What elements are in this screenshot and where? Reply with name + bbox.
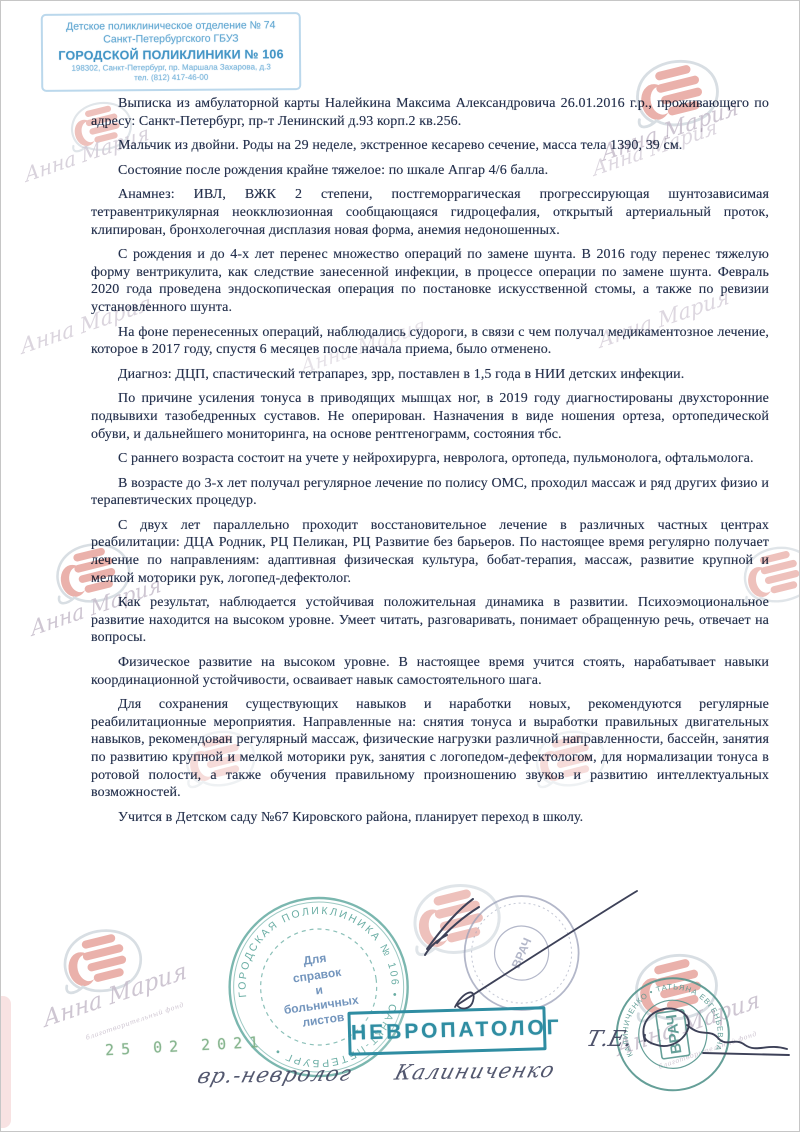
paragraph: По причине усиления тонуса в приводящих … <box>91 390 769 443</box>
clinic-stamp-department: Детское поликлиническое отделение № 74 <box>51 19 291 34</box>
paragraph: Физическое развитие на высоком уровне. В… <box>91 654 769 689</box>
round-stamp-center-line: и <box>314 983 323 998</box>
clinic-stamp-org-type: Санкт-Петербургского ГБУЗ <box>51 32 291 47</box>
handwritten-note: вр.-невролог Калиниченко <box>195 1058 558 1088</box>
paragraph: Мальчик из двойни. Роды на 29 неделе, эк… <box>91 137 769 155</box>
round-stamp-center-line: Для <box>302 951 327 968</box>
scan-smudge <box>1 996 11 1128</box>
paragraph: Выписка из амбулаторной карты Налейкина … <box>91 95 769 130</box>
paragraph: С двух лет параллельно проходит восстано… <box>91 517 769 587</box>
paragraph: В возрасте до 3-х лет получал регулярное… <box>91 475 769 510</box>
scanned-document-page: Анна Мария Анна Мария Анна Мария Анна Ма… <box>0 0 800 1132</box>
paragraph: Диагноз: ДЦП, спастический тетрапарез, з… <box>91 366 769 384</box>
paragraph: Учится в Детском саду №67 Кировского рай… <box>91 809 769 827</box>
charity-fund-logo-icon <box>56 923 146 1004</box>
signature <box>441 881 651 1016</box>
clinic-stamp-phone: тел. (812) 417-46-00 <box>51 72 291 84</box>
paragraph: На фоне перенесенных операций, наблюдали… <box>91 324 769 359</box>
paragraph: С рождения и до 4-х лет перенес множеств… <box>91 246 769 316</box>
watermark-script: Анна Мария <box>42 960 188 1032</box>
signature <box>611 997 796 1077</box>
paragraph: Состояние после рождения крайне тяжелое:… <box>91 162 769 180</box>
paragraph: Для сохранения существующих навыков и на… <box>91 696 769 802</box>
watermark-subtext: благотворительный фонд <box>85 999 190 1042</box>
clinic-header-stamp: Детское поликлиническое отделение № 74 С… <box>41 12 302 92</box>
paragraph: Анамнез: ИВЛ, ВЖК 2 степени, постгеморра… <box>91 186 769 239</box>
paragraph: Как результат, наблюдается устойчивая по… <box>91 594 769 647</box>
document-body: Выписка из амбулаторной карты Налейкина … <box>91 95 769 833</box>
clinic-stamp-name: ГОРОДСКОЙ ПОЛИКЛИНИКИ № 106 <box>51 46 291 64</box>
watermark: Анна Мария благотворительный фонд <box>56 923 195 1042</box>
paragraph: С раннего возраста состоит на учете у не… <box>91 450 769 468</box>
